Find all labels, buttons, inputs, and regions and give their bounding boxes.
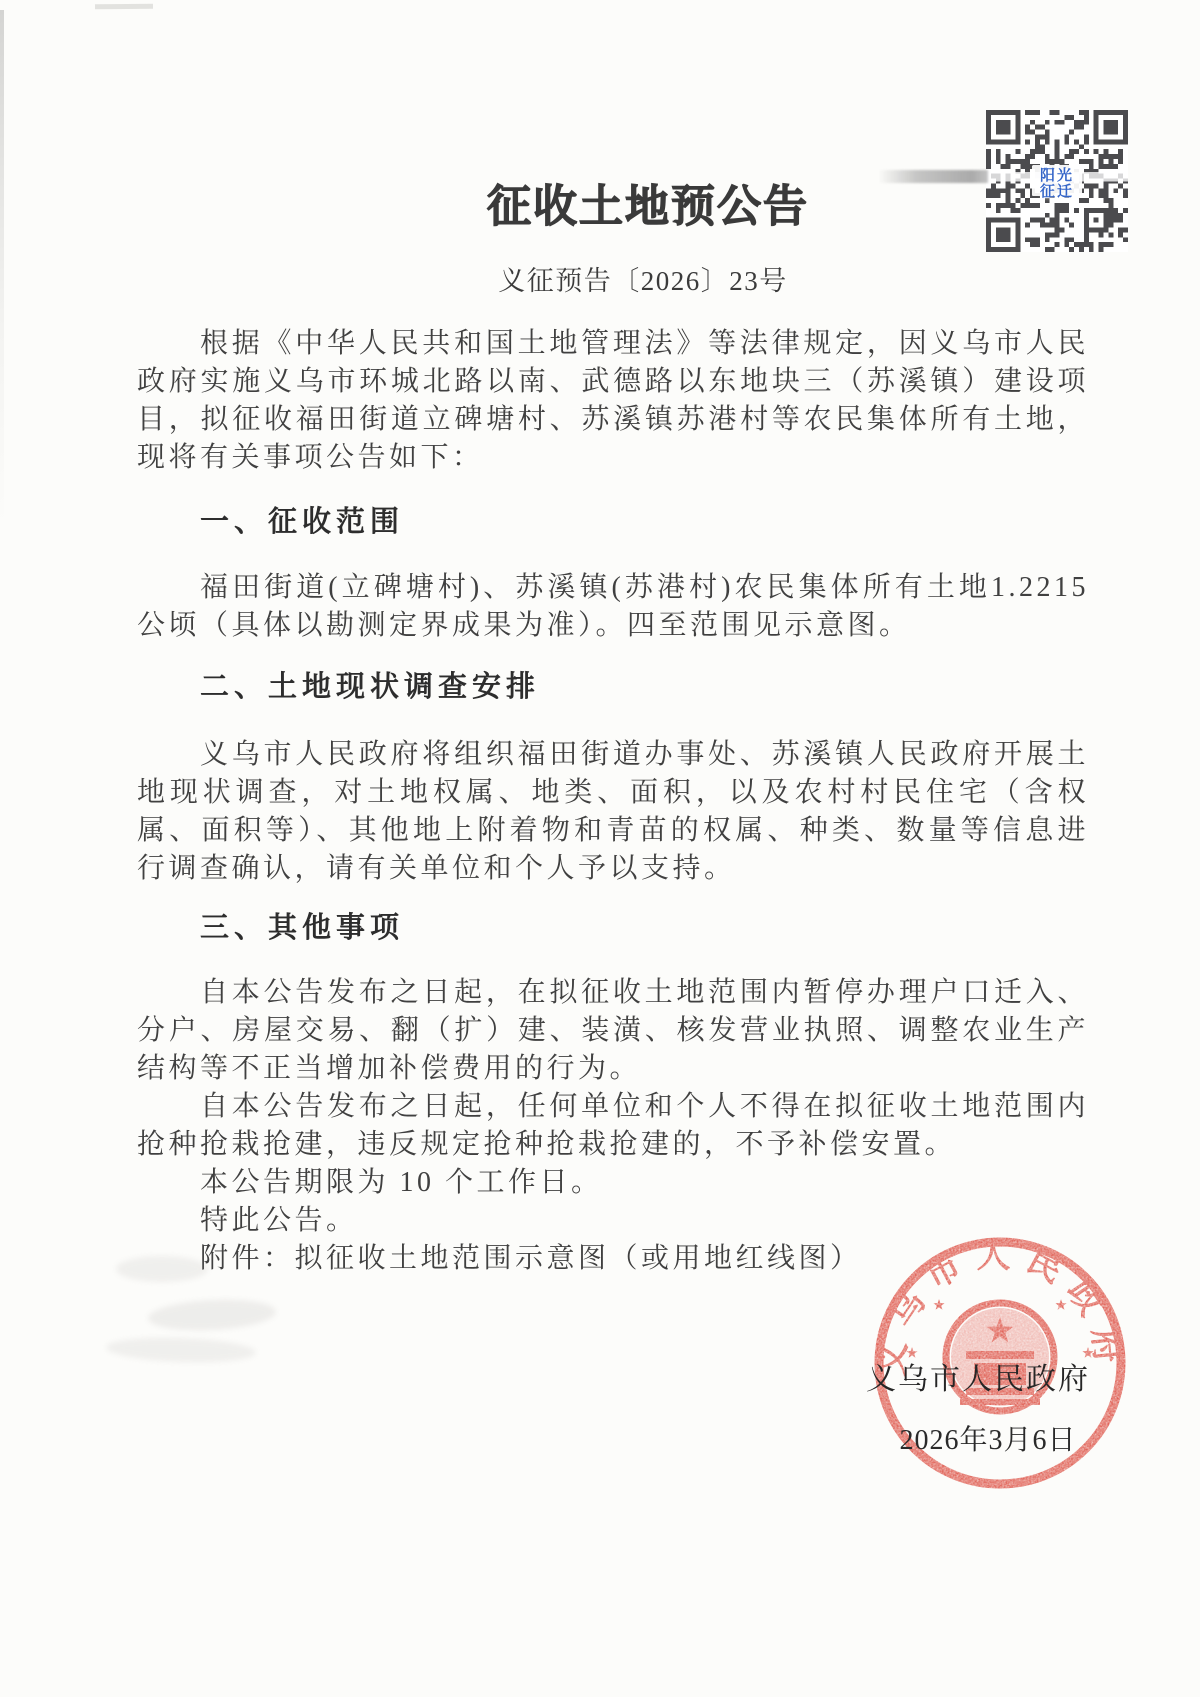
section-heading-2: 二、土地现状调查安排 xyxy=(137,667,1089,707)
page-title: 征收土地预公告 xyxy=(172,183,1124,231)
intro-paragraph: 根据《中华人民共和国土地管理法》等法律规定，因义乌市人民政府实施义乌市环城北路以… xyxy=(137,325,1089,477)
qr-scan-streak-artifact xyxy=(878,170,988,183)
section-1-paragraph: 福田街道(立碑塘村)、苏溪镇(苏港村)农民集体所有土地1.2215公顷（具体以勘… xyxy=(137,569,1089,645)
signature-date: 2026年3月6日 xyxy=(888,1424,1088,1458)
qr-code: 阳光 征迁 xyxy=(986,110,1128,252)
faint-stamp-smudge xyxy=(147,1297,276,1334)
notice-period-line: 本公告期限为 10 个工作日。 xyxy=(137,1164,1089,1202)
announcement-document: { "document": { "title": "征收土地预公告", "doc… xyxy=(0,0,1200,1697)
signature-issuer: 义乌市人民政府 xyxy=(866,1362,1090,1398)
section-heading-3: 三、其他事项 xyxy=(137,908,1089,948)
qr-center-label: 阳光 征迁 xyxy=(986,168,1128,200)
section-2-paragraph: 义乌市人民政府将组织福田街道办事处、苏溪镇人民政府开展土地现状调查，对土地权属、… xyxy=(137,736,1089,888)
document-number: 义征预告〔2026〕23号 xyxy=(167,264,1119,298)
qr-label-line1: 阳光 xyxy=(986,168,1128,184)
scanned-page: 征收土地预公告 义征预告〔2026〕23号 根据《中华人民共和国土地管理法》等法… xyxy=(0,0,1200,1697)
section-3-paragraph-2: 自本公告发布之日起，任何单位和个人不得在拟征收土地范围内抢种抢栽抢建，违反规定抢… xyxy=(137,1088,1089,1164)
qr-label-line2: 征迁 xyxy=(986,184,1128,200)
scan-edge-artifact xyxy=(0,10,4,530)
faint-stamp-smudge xyxy=(106,1335,257,1364)
faint-stamp-smudge xyxy=(116,1256,208,1282)
section-heading-1: 一、征收范围 xyxy=(137,502,1089,542)
document-body: 征收土地预公告 义征预告〔2026〕23号 根据《中华人民共和国土地管理法》等法… xyxy=(137,0,1089,1278)
section-3-paragraph-1: 自本公告发布之日起，在拟征收土地范围内暂停办理户口迁入、分户、房屋交易、翻（扩）… xyxy=(137,974,1089,1088)
